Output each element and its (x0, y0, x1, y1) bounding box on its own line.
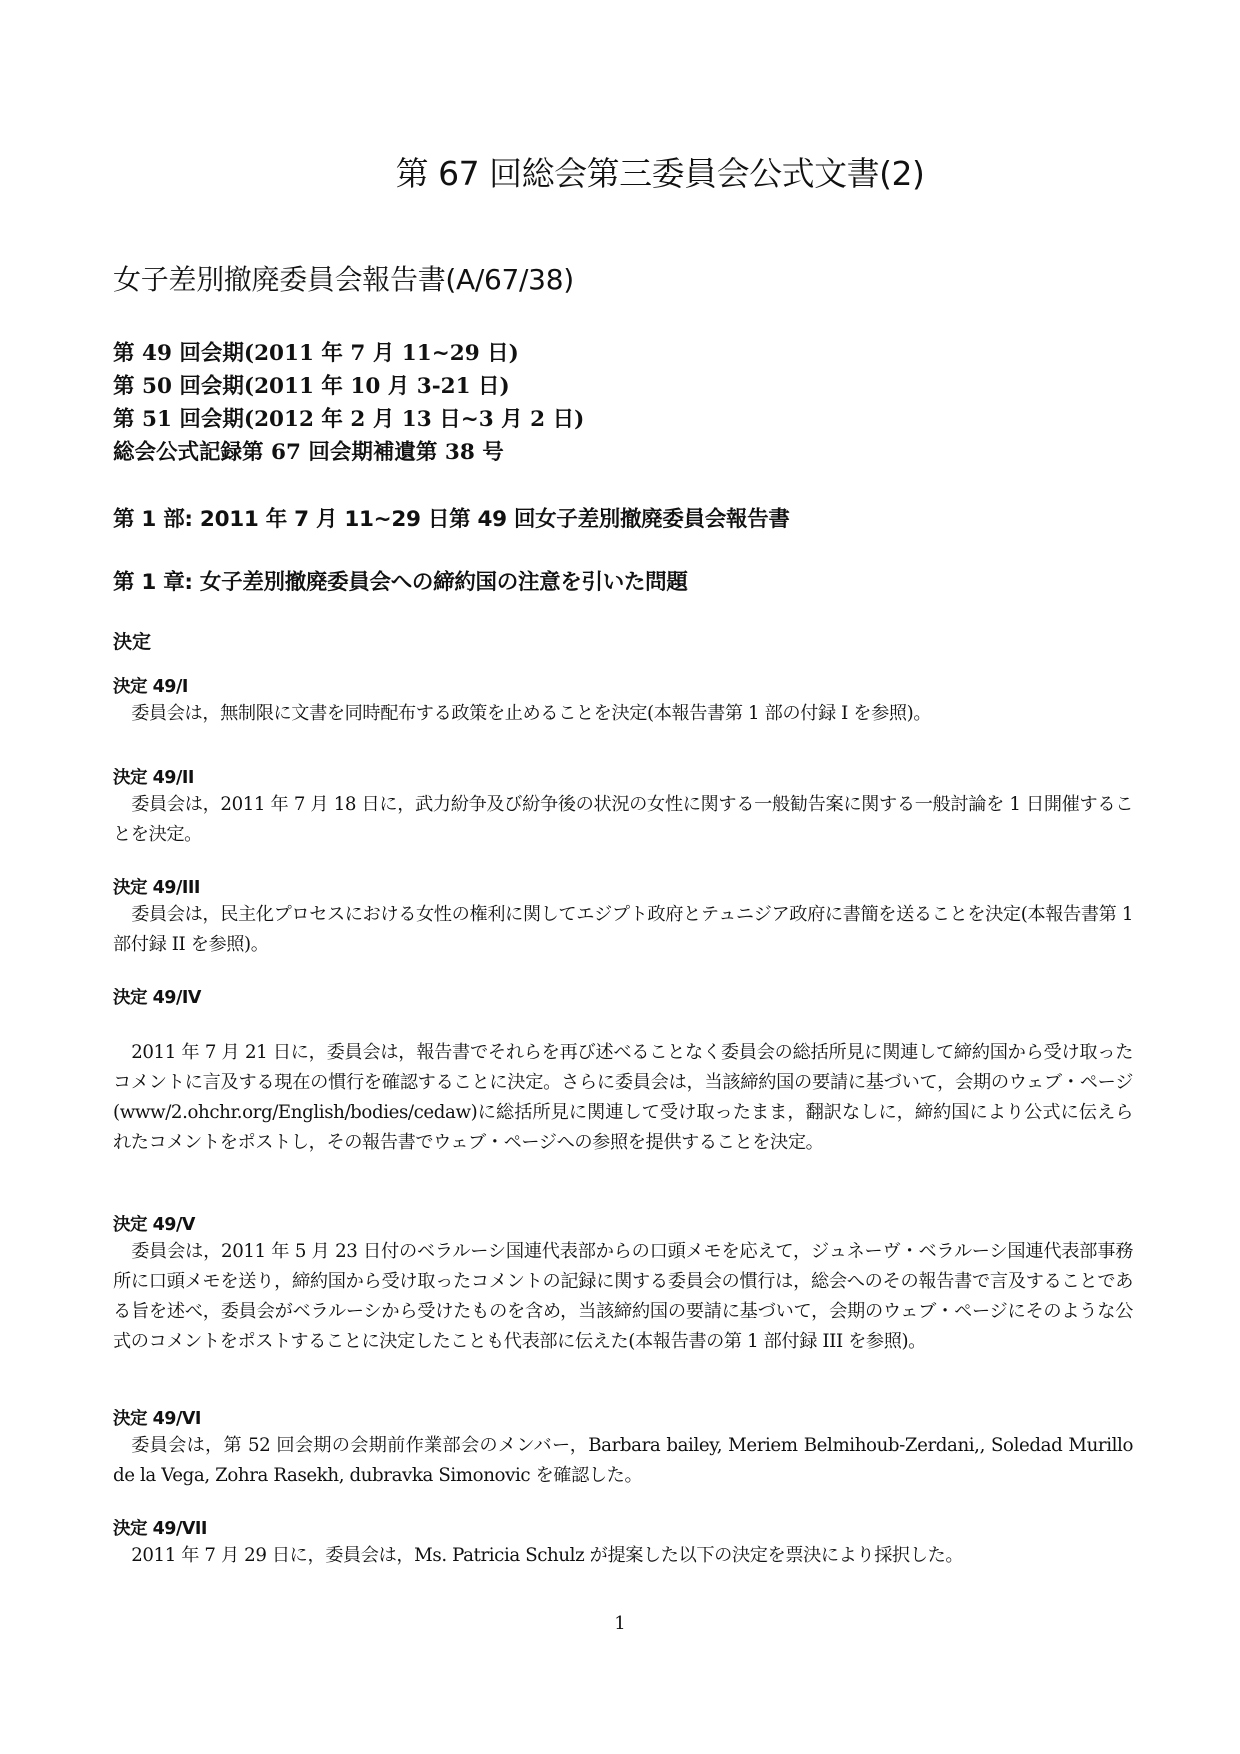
chapter-heading: 第 1 章: 女子差別撤廃委員会への締約国の注意を引いた問題 (113, 565, 688, 596)
decision-body: 2011 年 7 月 29 日に，委員会は，Ms. Patricia Schul… (113, 1541, 1133, 1571)
document-page: 第 67 回総会第三委員会公式文書(2) 女子差別撤廃委員会報告書(A/67/3… (0, 0, 1240, 1754)
page-number: 1 (0, 1613, 1240, 1634)
decision-body: 委員会は，無制限に文書を同時配布する政策を止めることを決定(本報告書第 1 部の… (113, 699, 1133, 729)
decision-body: 2011 年 7 月 21 日に，委員会は，報告書でそれらを再び述べることなく委… (113, 1038, 1133, 1158)
session-line: 第 50 回会期(2011 年 10 月 3-21 日) (113, 370, 584, 403)
session-line: 第 51 回会期(2012 年 2 月 13 日~3 月 2 日) (113, 403, 584, 436)
decision-heading: 決定 49/V (113, 1213, 1133, 1237)
decision-49-iii: 決定 49/III 委員会は，民主化プロセスにおける女性の権利に関してエジプト政… (113, 876, 1133, 960)
decision-49-vi: 決定 49/VI 委員会は，第 52 回会期の会期前作業部会のメンバー，Barb… (113, 1407, 1133, 1491)
decisions-section-label: 決定 (113, 627, 151, 654)
session-list: 第 49 回会期(2011 年 7 月 11~29 日) 第 50 回会期(20… (113, 337, 584, 469)
decision-49-ii: 決定 49/II 委員会は，2011 年 7 月 18 日に，武力紛争及び紛争後… (113, 766, 1133, 850)
decision-body: 委員会は，2011 年 7 月 18 日に，武力紛争及び紛争後の状況の女性に関す… (113, 790, 1133, 850)
official-records-line: 総会公式記録第 67 回会期補遺第 38 号 (113, 436, 584, 469)
decision-heading: 決定 49/I (113, 675, 1133, 699)
document-title: 第 67 回総会第三委員会公式文書(2) (0, 148, 1240, 195)
part-heading: 第 1 部: 2011 年 7 月 11~29 日第 49 回女子差別撤廃委員会… (113, 502, 790, 533)
decision-49-vii: 決定 49/VII 2011 年 7 月 29 日に，委員会は，Ms. Patr… (113, 1517, 1133, 1571)
report-title: 女子差別撤廃委員会報告書(A/67/38) (113, 258, 574, 298)
decision-heading: 決定 49/VI (113, 1407, 1133, 1431)
session-line: 第 49 回会期(2011 年 7 月 11~29 日) (113, 337, 584, 370)
decision-heading: 決定 49/III (113, 876, 1133, 900)
decision-body: 委員会は，第 52 回会期の会期前作業部会のメンバー，Barbara baile… (113, 1431, 1133, 1491)
decision-49-iv: 決定 49/IV 2011 年 7 月 21 日に，委員会は，報告書でそれらを再… (113, 986, 1133, 1158)
decision-49-v: 決定 49/V 委員会は，2011 年 5 月 23 日付のベラルーシ国連代表部… (113, 1213, 1133, 1357)
decision-49-i: 決定 49/I 委員会は，無制限に文書を同時配布する政策を止めることを決定(本報… (113, 675, 1133, 729)
decision-body: 委員会は，2011 年 5 月 23 日付のベラルーシ国連代表部からの口頭メモを… (113, 1237, 1133, 1357)
decision-heading: 決定 49/IV (113, 986, 1133, 1010)
decision-body: 委員会は，民主化プロセスにおける女性の権利に関してエジプト政府とテュニジア政府に… (113, 900, 1133, 960)
decision-heading: 決定 49/II (113, 766, 1133, 790)
decision-heading: 決定 49/VII (113, 1517, 1133, 1541)
